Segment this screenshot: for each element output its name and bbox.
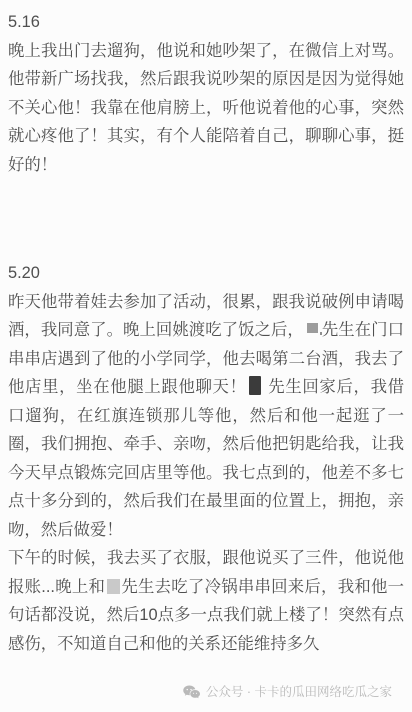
diary-entry: 5.16晚上我出门去遛狗，他说和她吵架了，在微信上对骂。他带新广场找我，然后跟我… [8, 8, 404, 179]
entry-body: 昨天他带着娃去参加了活动，很累，跟我说破例申请喝酒，我同意了。晚上回姚渡吃了饭之… [8, 288, 404, 659]
watermark-text: 公众号 · 卡卡的瓜田网络吃瓜之家 [206, 684, 392, 700]
wechat-icon [183, 685, 200, 699]
entry-body: 晚上我出门去遛狗，他说和她吵架了，在微信上对骂。他带新广场找我，然后跟我说吵架的… [8, 37, 404, 180]
text-segment: 先生回家后，我借口遛狗，在红旗连锁那儿等他，然后和他一起逛了一圈，我们拥抱、牵手… [8, 378, 404, 596]
diary-entry: 5.20昨天他带着娃去参加了活动，很累，跟我说破例申请喝酒，我同意了。晚上回姚渡… [8, 259, 404, 658]
entry-date: 5.16 [8, 8, 404, 37]
entries-container: 5.16晚上我出门去遛狗，他说和她吵架了，在微信上对骂。他带新广场找我，然后跟我… [8, 8, 404, 658]
redaction-block [107, 579, 120, 594]
diary-page: 5.16晚上我出门去遛狗，他说和她吵架了，在微信上对骂。他带新广场找我，然后跟我… [0, 0, 412, 712]
entry-date: 5.20 [8, 259, 404, 288]
footer-watermark: 公众号 · 卡卡的瓜田网络吃瓜之家 [8, 684, 404, 700]
redaction-block [249, 376, 261, 395]
redaction-block [307, 323, 318, 333]
text-segment: 晚上我出门去遛狗，他说和她吵架了，在微信上对骂。他带新广场找我，然后跟我说吵架的… [8, 42, 404, 174]
